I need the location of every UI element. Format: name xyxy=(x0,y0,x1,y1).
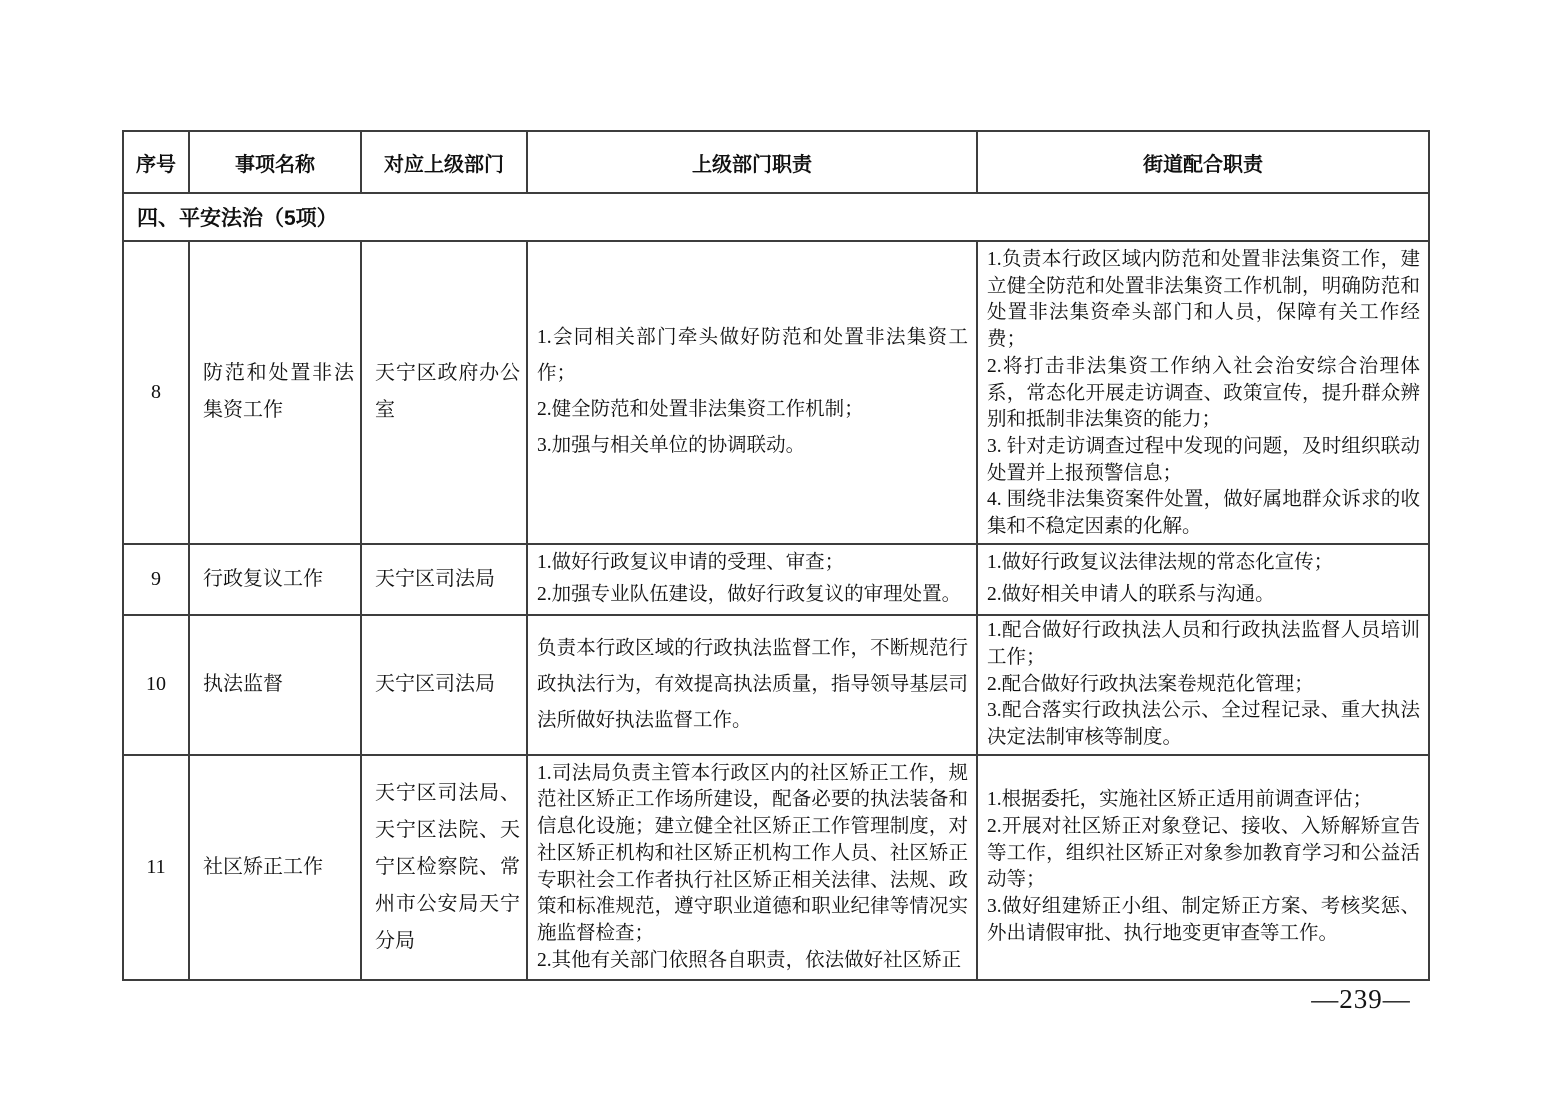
row-number-cell: 10 xyxy=(123,615,189,755)
table-row: 11 社区矫正工作 天宁区司法局、天宁区法院、天宁区检察院、常州市公安局天宁分局… xyxy=(123,755,1429,980)
header-street-duty: 街道配合职责 xyxy=(977,131,1429,193)
duty-table: 序号 事项名称 对应上级部门 上级部门职责 街道配合职责 四、平安法治（5项） … xyxy=(122,130,1430,981)
dept-cell: 天宁区司法局 xyxy=(361,615,527,755)
header-item-name: 事项名称 xyxy=(189,131,361,193)
table-row: 9 行政复议工作 天宁区司法局 1.做好行政复议申请的受理、审查； 2.加强专业… xyxy=(123,544,1429,616)
dept-cell: 天宁区司法局 xyxy=(361,544,527,616)
item-name-cell: 防范和处置非法集资工作 xyxy=(189,241,361,544)
header-dept: 对应上级部门 xyxy=(361,131,527,193)
street-duty-cell: 1.配合做好行政执法人员和行政执法监督人员培训工作； 2.配合做好行政执法案卷规… xyxy=(977,615,1429,755)
row-number-cell: 9 xyxy=(123,544,189,616)
street-duty-cell: 1.做好行政复议法律法规的常态化宣传； 2.做好相关申请人的联系与沟通。 xyxy=(977,544,1429,616)
row-number-cell: 8 xyxy=(123,241,189,544)
section-title: 四、平安法治（5项） xyxy=(123,193,1429,241)
item-name-cell: 社区矫正工作 xyxy=(189,755,361,980)
street-duty-cell: 1.负责本行政区域内防范和处置非法集资工作，建立健全防范和处置非法集资工作机制，… xyxy=(977,241,1429,544)
dept-cell: 天宁区政府办公室 xyxy=(361,241,527,544)
street-duty-cell: 1.根据委托，实施社区矫正适用前调查评估； 2.开展对社区矫正对象登记、接收、入… xyxy=(977,755,1429,980)
item-name-cell: 执法监督 xyxy=(189,615,361,755)
item-name-cell: 行政复议工作 xyxy=(189,544,361,616)
upper-duty-cell: 1.会同相关部门牵头做好防范和处置非法集资工作； 2.健全防范和处置非法集资工作… xyxy=(527,241,977,544)
row-number-cell: 11 xyxy=(123,755,189,980)
header-upper-duty: 上级部门职责 xyxy=(527,131,977,193)
header-no: 序号 xyxy=(123,131,189,193)
upper-duty-cell: 1.司法局负责主管本行政区内的社区矫正工作，规范社区矫正工作场所建设，配备必要的… xyxy=(527,755,977,980)
upper-duty-cell: 负责本行政区域的行政执法监督工作，不断规范行政执法行为，有效提高执法质量，指导领… xyxy=(527,615,977,755)
section-row: 四、平安法治（5项） xyxy=(123,193,1429,241)
table-row: 8 防范和处置非法集资工作 天宁区政府办公室 1.会同相关部门牵头做好防范和处置… xyxy=(123,241,1429,544)
upper-duty-cell: 1.做好行政复议申请的受理、审查； 2.加强专业队伍建设，做好行政复议的审理处置… xyxy=(527,544,977,616)
dept-cell: 天宁区司法局、天宁区法院、天宁区检察院、常州市公安局天宁分局 xyxy=(361,755,527,980)
page-number: —239— xyxy=(1295,984,1427,1015)
table-row: 10 执法监督 天宁区司法局 负责本行政区域的行政执法监督工作，不断规范行政执法… xyxy=(123,615,1429,755)
header-row: 序号 事项名称 对应上级部门 上级部门职责 街道配合职责 xyxy=(123,131,1429,193)
